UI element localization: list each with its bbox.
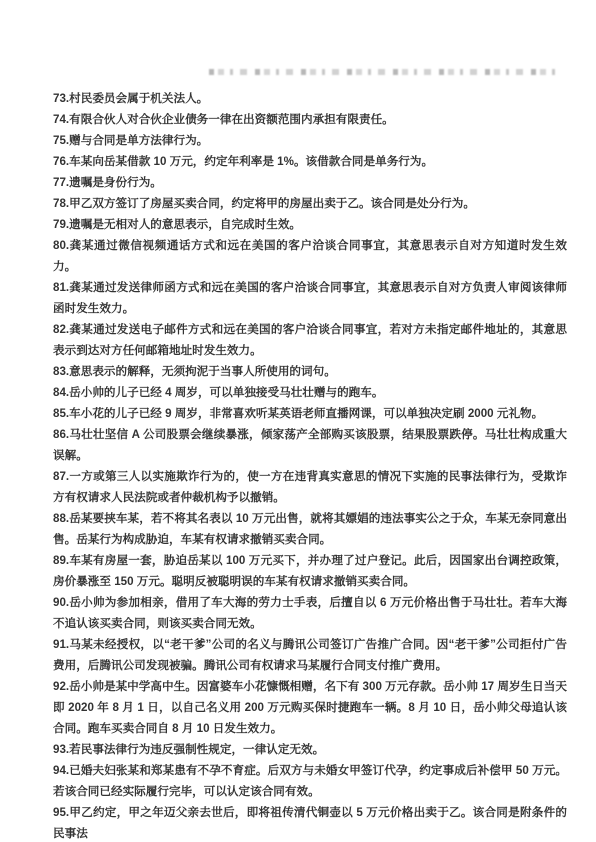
question-text: 有限合伙人对合伙企业债务一律在出资额范围内承担有限责任。 (69, 113, 394, 126)
question-item: 95.甲乙约定，甲之年迈父亲去世后，即将祖传清代铜壶以 5 万元价格出卖于乙。该… (53, 802, 567, 842)
question-item: 92.岳小帅是某中学高中生。因富婆车小花慷慨相赠，名下有 300 万元存款。岳小… (53, 676, 567, 739)
question-text: 若民事法律行为违反强制性规定，一律认定无效。 (69, 743, 324, 756)
question-text: 岳小帅的儿子已经 4 周岁，可以单独接受马壮壮赠与的跑车。 (69, 386, 383, 399)
question-item: 80.龚某通过微信视频通话方式和远在美国的客户洽谈合同事宜，其意思表示自对方知道… (53, 235, 567, 277)
question-list: 73.村民委员会属于机关法人。 74.有限合伙人对合伙企业债务一律在出资额范围内… (53, 88, 567, 842)
question-text: 龚某通过发送电子邮件方式和远在美国的客户洽谈合同事宜，若对方未指定邮件地址的，其… (53, 323, 567, 357)
question-item: 88.岳某要挟车某，若不将其名表以 10 万元出售，就将其嫖娼的违法事实公之于众… (53, 508, 567, 550)
question-text: 遗嘱是无相对人的意思表示，自完成时生效。 (69, 218, 301, 231)
question-number: 73. (53, 92, 69, 105)
question-text: 马壮壮坚信 A 公司股票会继续暴涨，倾家荡产全部购买该股票，结果股票跌停。马壮壮… (53, 428, 567, 462)
question-item: 74.有限合伙人对合伙企业债务一律在出资额范围内承担有限责任。 (53, 109, 567, 130)
question-text: 车某有房屋一套，胁迫岳某以 100 万元买下，并办理了过户登记。此后，因国家出台… (53, 554, 567, 588)
question-number: 94. (53, 764, 69, 777)
question-number: 80. (53, 239, 69, 252)
question-item: 84.岳小帅的儿子已经 4 周岁，可以单独接受马壮壮赠与的跑车。 (53, 382, 567, 403)
question-item: 73.村民委员会属于机关法人。 (53, 88, 567, 109)
question-number: 82. (53, 323, 69, 336)
question-text: 赠与合同是单方法律行为。 (69, 134, 208, 147)
question-number: 77. (53, 176, 69, 189)
question-number: 75. (53, 134, 69, 147)
question-item: 81.龚某通过发送律师函方式和远在美国的客户洽谈合同事宜，其意思表示自对方负责人… (53, 277, 567, 319)
question-text: 岳某要挟车某，若不将其名表以 10 万元出售，就将其嫖娼的违法事实公之于众，车某… (53, 512, 567, 546)
question-number: 90. (53, 596, 69, 609)
question-text: 一方或第三人以实施欺诈行为的，使一方在违背真实意思的情况下实施的民事法律行为，受… (53, 470, 567, 504)
question-item: 94.已婚夫妇张某和郑某患有不孕不育症。后双方与未婚女甲签订代孕，约定事成后补偿… (53, 760, 567, 802)
question-number: 89. (53, 554, 69, 567)
question-item: 78.甲乙双方签订了房屋买卖合同，约定将甲的房屋出卖于乙。该合同是处分行为。 (53, 193, 567, 214)
question-text: 车小花的儿子已经 9 周岁，非常喜欢听某英语老师直播网课，可以单独决定刷 200… (69, 407, 543, 420)
question-number: 86. (53, 428, 69, 441)
question-item: 87.一方或第三人以实施欺诈行为的，使一方在违背真实意思的情况下实施的民事法律行… (53, 466, 567, 508)
question-number: 92. (53, 680, 69, 693)
question-text: 遗嘱是身份行为。 (69, 176, 162, 189)
question-item: 76.车某向岳某借款 10 万元，约定年利率是 1%。该借款合同是单务行为。 (53, 151, 567, 172)
question-item: 91.马某未经授权，以“老干爹”公司的名义与腾讯公司签订广告推广合同。因“老干爹… (53, 634, 567, 676)
question-text: 村民委员会属于机关法人。 (69, 92, 208, 105)
question-text: 龚某通过微信视频通话方式和远在美国的客户洽谈合同事宜，其意思表示自对方知道时发生… (53, 239, 567, 273)
question-text: 岳小帅是某中学高中生。因富婆车小花慷慨相赠，名下有 300 万元存款。岳小帅 1… (53, 680, 567, 735)
question-text: 马某未经授权，以“老干爹”公司的名义与腾讯公司签订广告推广合同。因“老干爹”公司… (53, 638, 567, 672)
question-text: 已婚夫妇张某和郑某患有不孕不育症。后双方与未婚女甲签订代孕，约定事成后补偿甲 5… (53, 764, 567, 798)
question-item: 86.马壮壮坚信 A 公司股票会继续暴涨，倾家荡产全部购买该股票，结果股票跌停。… (53, 424, 567, 466)
question-item: 85.车小花的儿子已经 9 周岁，非常喜欢听某英语老师直播网课，可以单独决定刷 … (53, 403, 567, 424)
question-text: 甲乙约定，甲之年迈父亲去世后，即将祖传清代铜壶以 5 万元价格出卖于乙。该合同是… (53, 806, 567, 840)
question-number: 93. (53, 743, 69, 756)
cropped-text-artifact (209, 69, 561, 75)
question-number: 84. (53, 386, 69, 399)
question-number: 81. (53, 281, 69, 294)
question-text: 龚某通过发送律师函方式和远在美国的客户洽谈合同事宜，其意思表示自对方负责人审阅该… (53, 281, 567, 315)
question-item: 79.遗嘱是无相对人的意思表示，自完成时生效。 (53, 214, 567, 235)
question-number: 85. (53, 407, 69, 420)
question-item: 83.意思表示的解释，无须拘泥于当事人所使用的词句。 (53, 361, 567, 382)
question-text: 甲乙双方签订了房屋买卖合同，约定将甲的房屋出卖于乙。该合同是处分行为。 (69, 197, 475, 210)
question-number: 74. (53, 113, 69, 126)
question-text: 车某向岳某借款 10 万元，约定年利率是 1%。该借款合同是单务行为。 (69, 155, 433, 168)
question-item: 93.若民事法律行为违反强制性规定，一律认定无效。 (53, 739, 567, 760)
question-text: 岳小帅为参加相亲，借用了车大海的劳力士手表，后擅自以 6 万元价格出售于马壮壮。… (53, 596, 567, 630)
question-number: 87. (53, 470, 69, 483)
question-number: 83. (53, 365, 69, 378)
question-item: 90.岳小帅为参加相亲，借用了车大海的劳力士手表，后擅自以 6 万元价格出售于马… (53, 592, 567, 634)
question-number: 76. (53, 155, 69, 168)
question-number: 88. (53, 512, 69, 525)
question-number: 95. (53, 806, 69, 819)
question-text: 意思表示的解释，无须拘泥于当事人所使用的词句。 (69, 365, 336, 378)
question-number: 91. (53, 638, 69, 651)
question-number: 78. (53, 197, 69, 210)
question-item: 89.车某有房屋一套，胁迫岳某以 100 万元买下，并办理了过户登记。此后，因国… (53, 550, 567, 592)
question-item: 75.赠与合同是单方法律行为。 (53, 130, 567, 151)
question-item: 82.龚某通过发送电子邮件方式和远在美国的客户洽谈合同事宜，若对方未指定邮件地址… (53, 319, 567, 361)
question-number: 79. (53, 218, 69, 231)
question-item: 77.遗嘱是身份行为。 (53, 172, 567, 193)
